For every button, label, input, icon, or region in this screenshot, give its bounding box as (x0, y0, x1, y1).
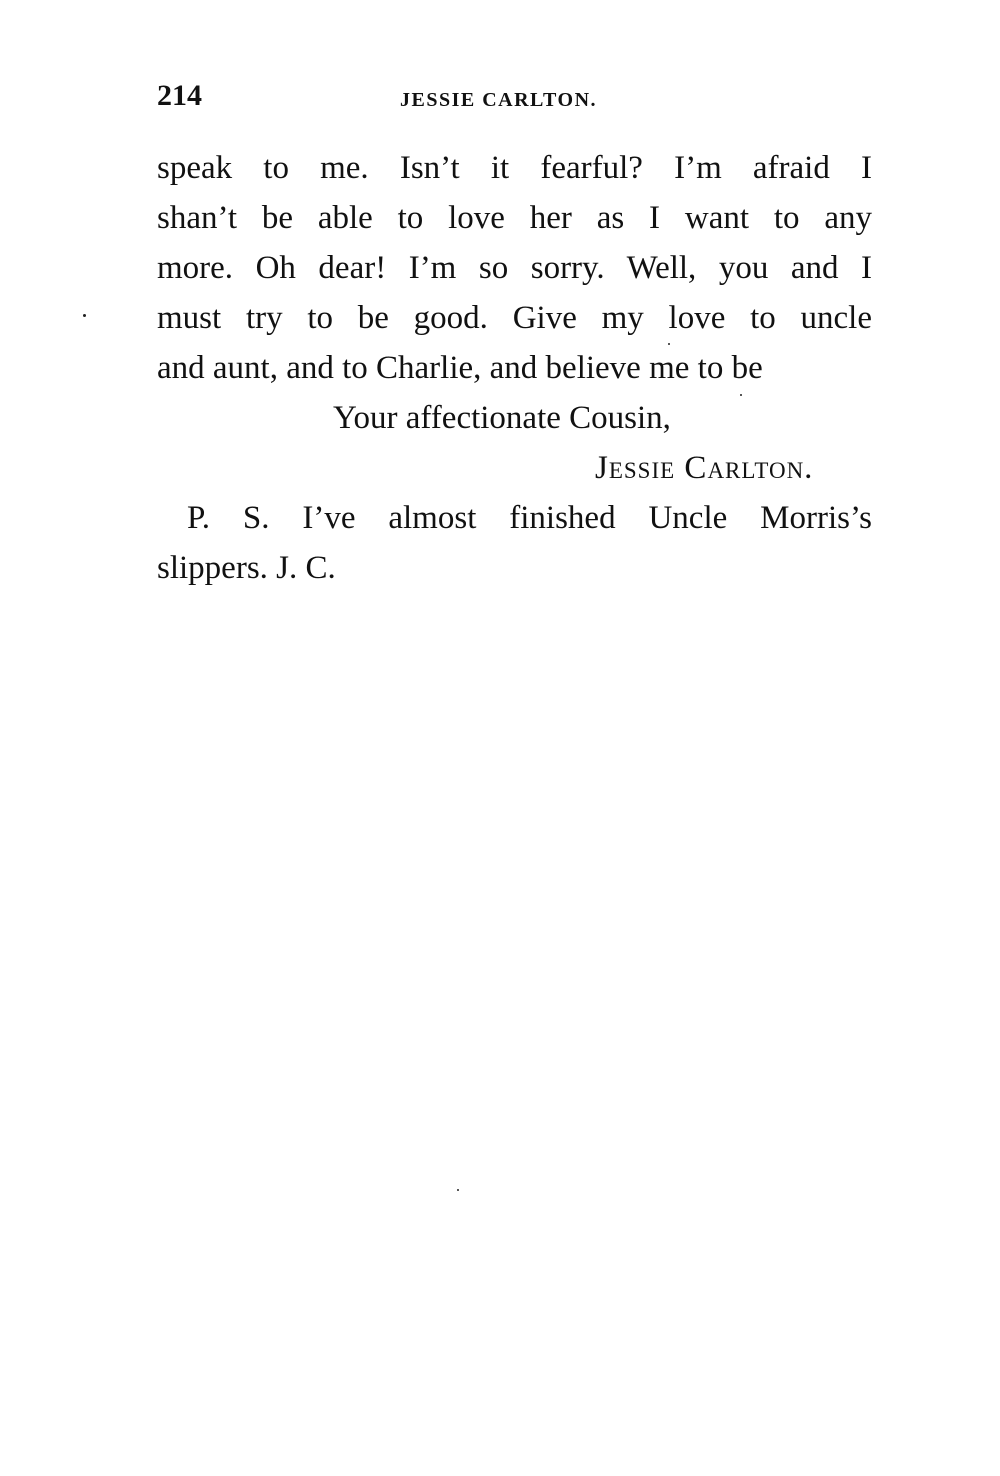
body-line: more. Oh dear! I’m so sorry. Well, you a… (157, 243, 872, 293)
page-number: 214 (157, 76, 202, 116)
body-line: speak to me. Isn’t it fearful? I’m afrai… (157, 143, 872, 193)
scan-speck (740, 394, 742, 396)
body-line: shan’t be able to love her as I want to … (157, 193, 872, 243)
letter-body: speak to me. Isn’t it fearful? I’m afrai… (157, 143, 872, 593)
letter-signature: Jessie Carlton. (157, 443, 872, 493)
scan-speck (668, 343, 670, 345)
scan-speck (83, 314, 86, 317)
body-line: and aunt, and to Charlie, and believe me… (157, 343, 872, 393)
running-title: JESSIE CARLTON. (400, 80, 597, 120)
postscript-line: slippers. J. C. (157, 543, 872, 593)
book-page: 214 JESSIE CARLTON. speak to me. Isn’t i… (0, 0, 1000, 1476)
postscript-line: P. S. I’ve almost finished Uncle Morris’… (157, 493, 872, 543)
letter-closing: Your affectionate Cousin, (157, 393, 872, 443)
body-line: must try to be good. Give my love to unc… (157, 293, 872, 343)
scan-speck (457, 1189, 459, 1191)
running-head: 214 JESSIE CARLTON. (157, 76, 870, 116)
